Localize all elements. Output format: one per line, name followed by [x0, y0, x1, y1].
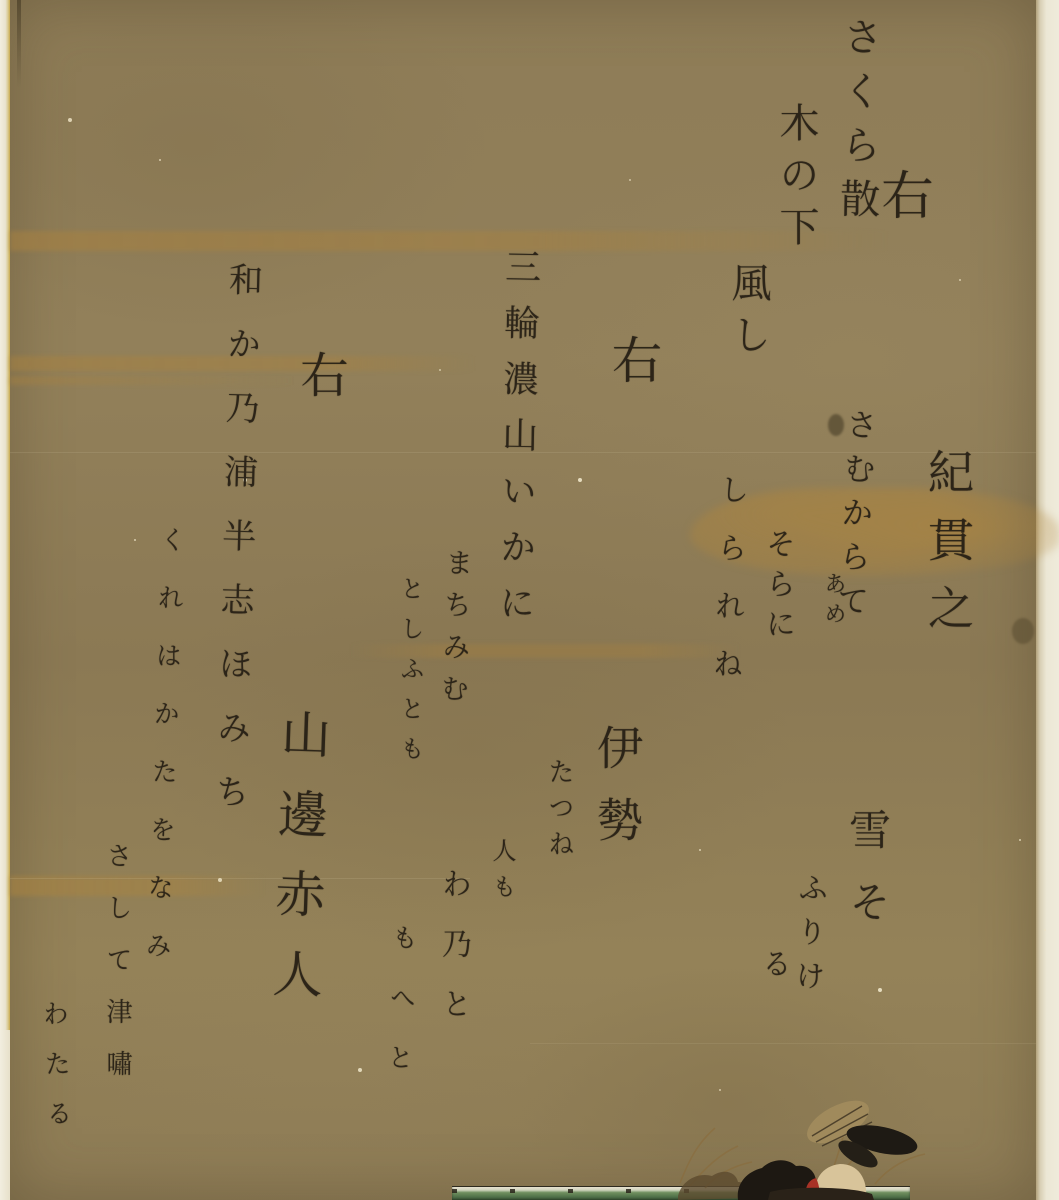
poet-signature-yamabe-no-akahito: 山邊赤人 — [267, 707, 328, 1029]
mat-border-right — [1036, 0, 1059, 1200]
crease-line-2 — [10, 878, 470, 880]
calligraphy-column-sorani: そらに — [762, 528, 792, 648]
calligraphy-column-furike: ふりけ — [790, 871, 825, 1004]
calligraphy-column-yukizo: 雪そ — [846, 808, 888, 952]
calligraphy-column-wataru: わたる — [40, 1000, 71, 1151]
calligraphy-column-machimimu: まちみむ — [438, 548, 472, 717]
calligraphy-column-shirarene: しられね — [708, 473, 746, 706]
calligraphy-column-sakura: さくら散 — [836, 16, 880, 233]
calligraphy-column-migi-left: 右 — [296, 350, 344, 398]
painting-figure-fragment — [620, 1088, 950, 1200]
calligraphy-column-kazeshi: 風し — [728, 262, 768, 366]
mat-border-left — [0, 0, 10, 1200]
calligraphy-column-tatsune: たつね — [546, 758, 572, 866]
calligraphy-column-toshifutomo: としふとも — [398, 576, 422, 776]
crease-line-3 — [530, 1043, 1036, 1045]
manuscript-photo: 右 さくら散 木の下 風し さむからて 紀貫之 そらに しられね あめ 雪そ ふ… — [0, 0, 1059, 1200]
paper-flecks — [68, 118, 72, 122]
poet-signature-ise: 伊勢 — [594, 724, 640, 868]
calligraphy-column-hitomo: 人も — [490, 838, 514, 910]
calligraphy-column-sashite: さして津嘯 — [104, 842, 130, 1102]
calligraphy-column-ru: る — [758, 948, 788, 978]
mist-band-1 — [10, 231, 890, 251]
calligraphy-column-migi-mid: 右 — [608, 334, 658, 384]
calligraphy-column-konoshita: 木の下 — [776, 102, 816, 258]
dark-speck-cluster — [1012, 618, 1034, 644]
paper-edge-shadow — [17, 0, 21, 88]
calligraphy-column-miwa: 三輪濃山いかに — [495, 248, 538, 641]
calligraphy-column-moheto: もへと — [384, 924, 416, 1105]
calligraphy-column-migi-top: 右 — [876, 168, 928, 220]
calligraphy-column-ame-note: あめ — [822, 572, 844, 632]
calligraphy-column-warashito: わ乃と — [438, 868, 468, 1048]
poet-signature-ki-no-tsurayuki: 紀貫之 — [925, 448, 971, 652]
